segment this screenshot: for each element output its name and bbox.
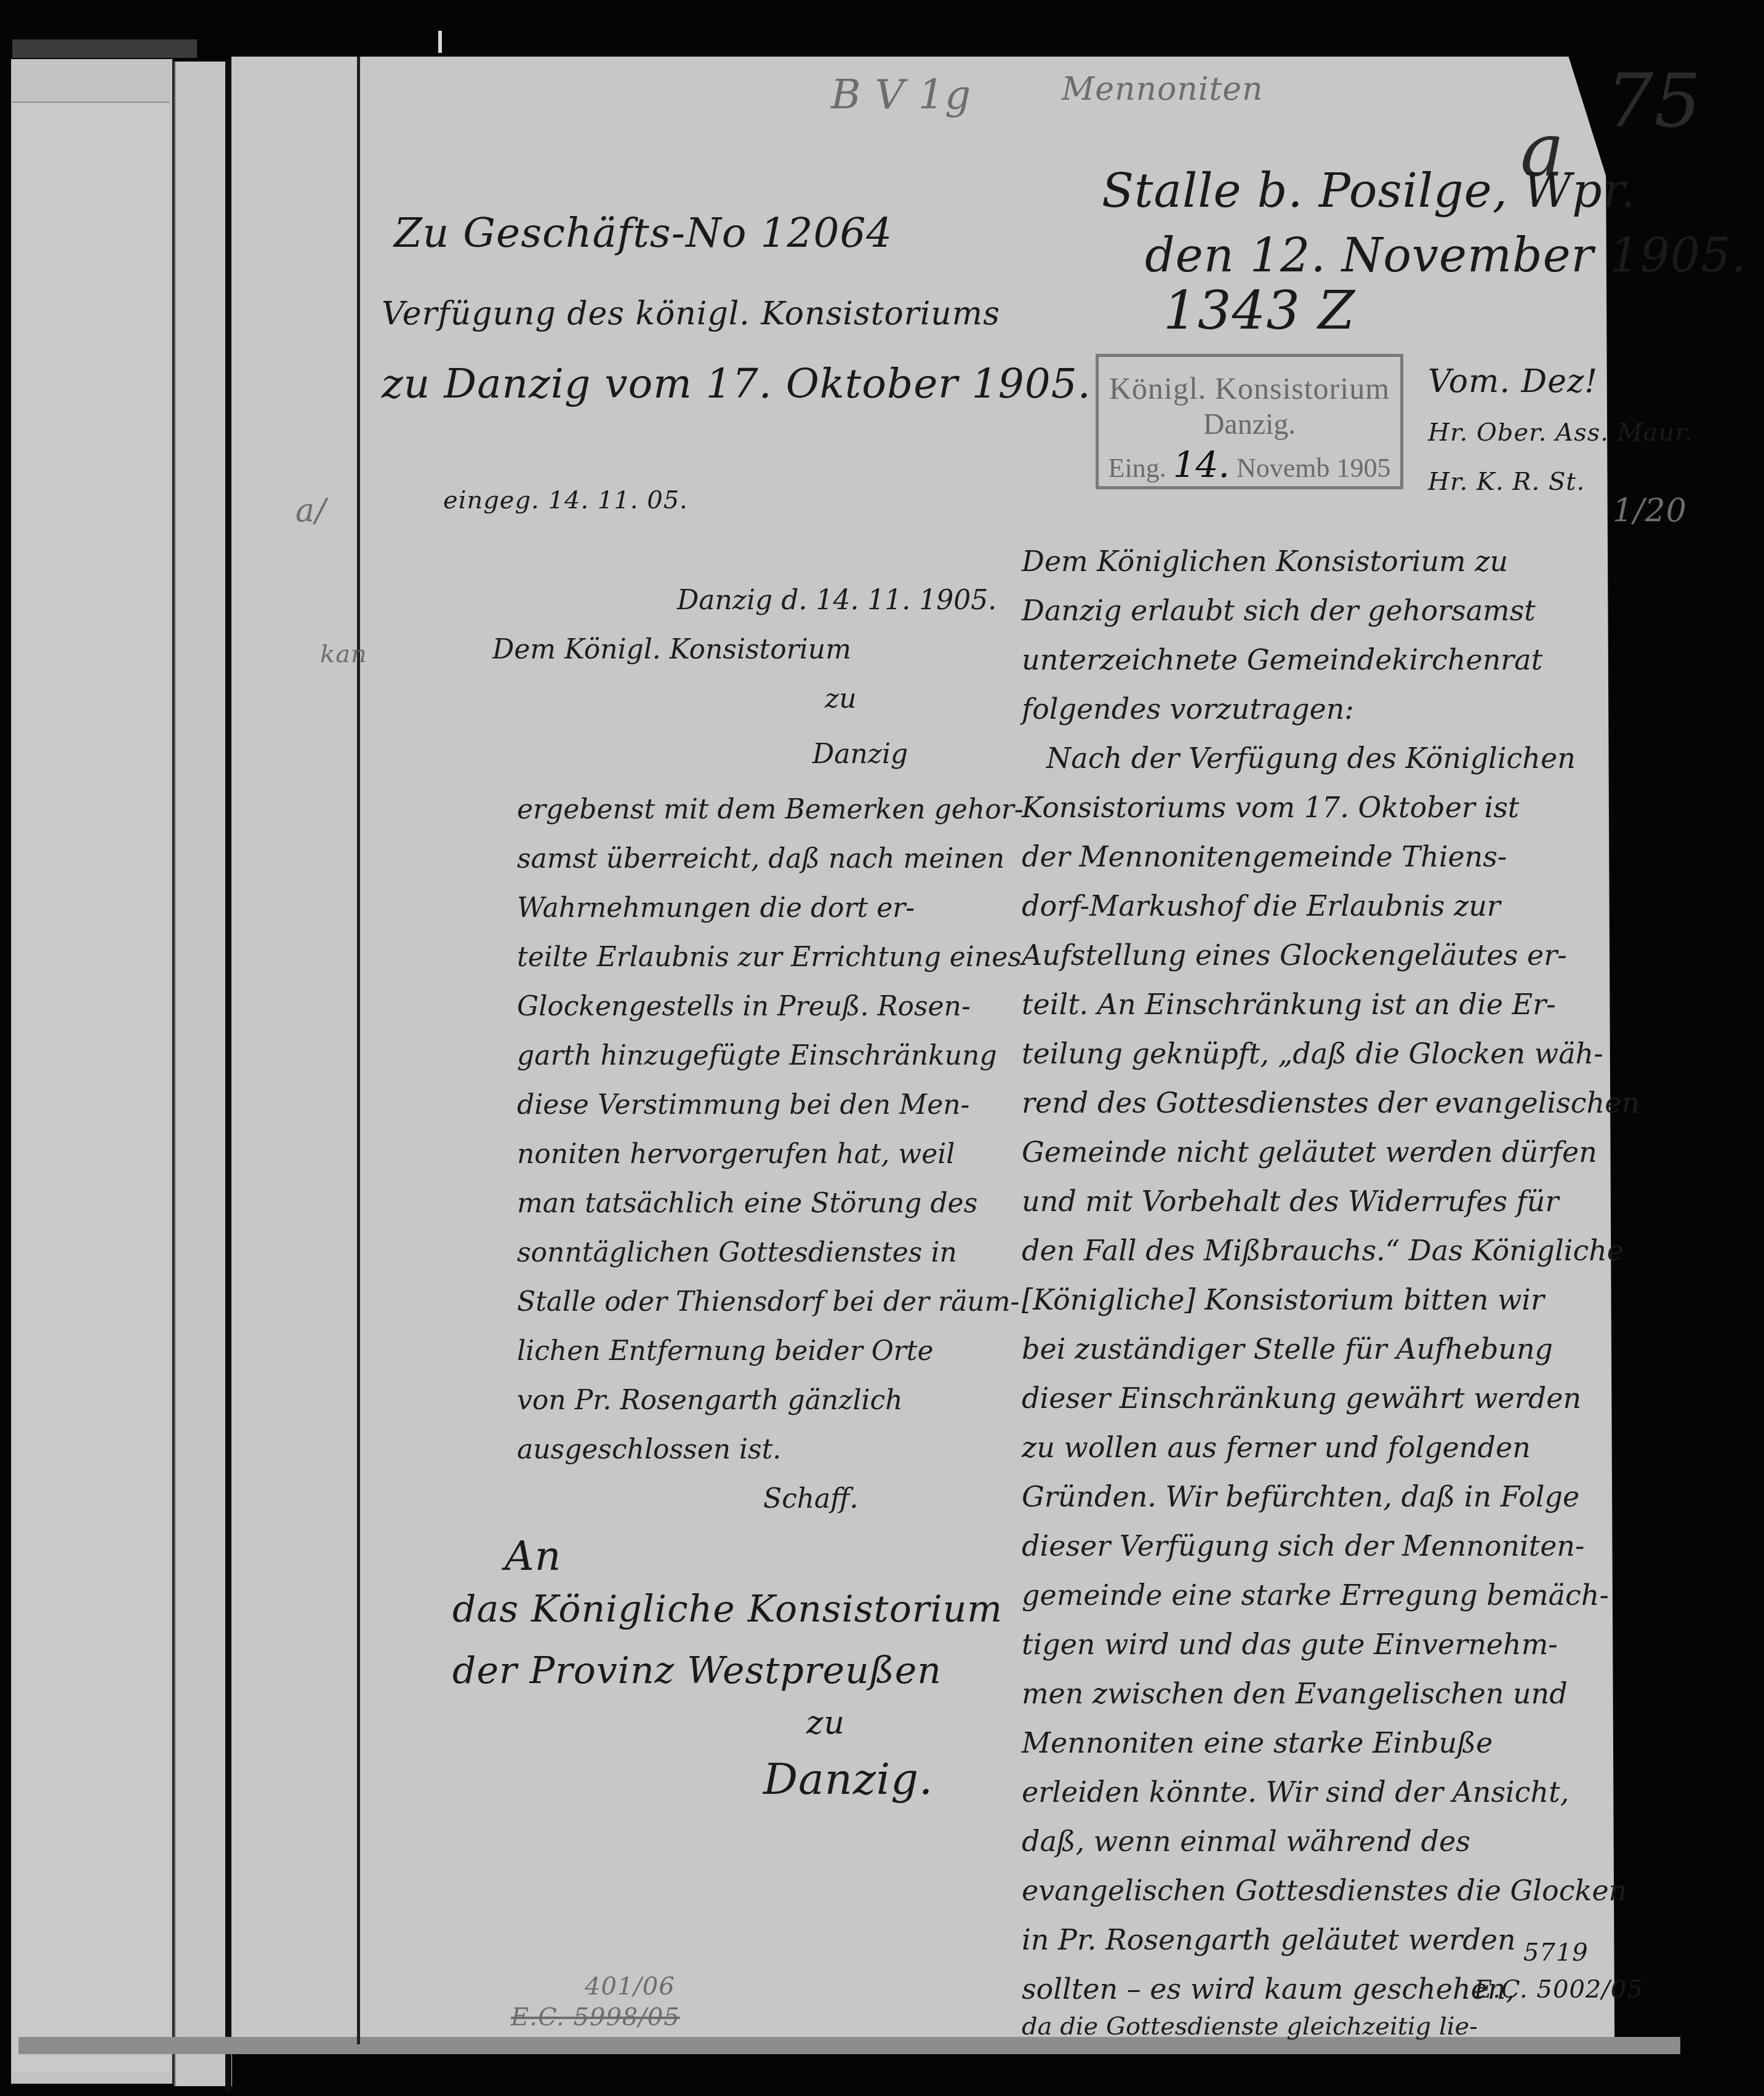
address-an: An — [505, 1532, 561, 1580]
routing-note: Hr. K. R. St. — [1428, 468, 1585, 496]
petition-line: tigen wird und das gute Einvernehm- — [1022, 1628, 1558, 1661]
binding-gutter — [225, 60, 231, 2091]
petition-line: sollten – es wird kaum geschehen, — [1022, 1972, 1515, 2006]
folio-number: 75 — [1606, 58, 1702, 144]
routing-note: Vom. Dez! — [1428, 363, 1598, 400]
reply-line: Stalle oder Thiensdorf bei der räum- — [517, 1286, 1019, 1318]
petition-line: Mennoniten eine starke Einbuße — [1022, 1726, 1493, 1759]
petition-line: folgendes vorzutragen: — [1022, 692, 1354, 726]
reply-dateline: Danzig d. 14. 11. 1905. — [677, 585, 996, 616]
address-line: der Provinz Westpreußen — [452, 1649, 942, 1692]
scan-calibration-mark — [438, 31, 442, 53]
address-city: Danzig. — [763, 1754, 933, 1804]
business-number-line: Zu Geschäfts-No 12064 — [394, 209, 892, 257]
routing-note: Hr. Ober. Ass. Maur. — [1428, 418, 1693, 447]
petition-line: Gründen. Wir befürchten, daß in Folge — [1022, 1480, 1579, 1513]
reply-line: Dem Königl. Konsistorium — [492, 634, 851, 665]
scan-shadow — [12, 39, 197, 58]
reply-line: ausgeschlossen ist. — [517, 1434, 781, 1465]
date-line: den 12. November 1905. — [1145, 228, 1747, 282]
reply-line: Glockengestells in Preuß. Rosen- — [517, 991, 971, 1022]
archive-signature: B V 1g — [831, 71, 971, 118]
reply-line: samst überreicht, daß nach meinen — [517, 843, 1004, 874]
received-note: eingeg. 14. 11. 05. — [443, 486, 688, 514]
reply-line: man tatsächlich eine Störung des — [517, 1188, 977, 1219]
reply-line: zu — [825, 683, 857, 714]
petition-line: der Mennonitengemeinde Thiens- — [1022, 840, 1507, 873]
petition-line: Aufstellung eines Glockengeläutes er- — [1022, 938, 1567, 972]
petition-line: men zwischen den Evangelischen und — [1022, 1677, 1568, 1710]
petition-line: [Königliche] Konsistorium bitten wir — [1022, 1283, 1544, 1316]
address-line: das Königliche Konsistorium — [452, 1588, 1003, 1631]
petition-line: dorf-Markushof die Erlaubnis zur — [1022, 889, 1501, 922]
reply-line: garth hinzugefügte Einschränkung — [517, 1040, 997, 1071]
reply-line: lichen Entfernung beider Orte — [517, 1335, 933, 1367]
petition-line: in Pr. Rosengarth geläutet werden — [1022, 1923, 1516, 1956]
reply-line: Danzig — [812, 738, 908, 770]
petition-line: teilung geknüpft, „daß die Glocken wäh- — [1022, 1037, 1603, 1070]
petition-line: bei zuständiger Stelle für Aufhebung — [1022, 1332, 1553, 1366]
reply-line: ergebenst mit dem Bemerken gehor- — [517, 794, 1024, 825]
order-date-line: zu Danzig vom 17. Oktober 1905. — [382, 360, 1091, 407]
petition-line: Konsistoriums vom 17. Oktober ist — [1022, 791, 1519, 824]
order-reference-line: Verfügung des königl. Konsistoriums — [382, 295, 1000, 332]
reply-line: teilte Erlaubnis zur Errichtung eines — [517, 942, 1022, 973]
stamp-day: 14. — [1173, 444, 1230, 486]
folded-inner-flap — [12, 102, 169, 2072]
petition-line: unterzeichnete Gemeindekirchenrat — [1022, 643, 1542, 676]
receipt-stamp: Königl. Konsistorium Danzig. Eing. 14. N… — [1096, 354, 1403, 489]
petition-line: den Fall des Mißbrauchs.“ Das Königliche — [1022, 1234, 1624, 1267]
petition-line: evangelischen Gottesdienstes die Glocken — [1022, 1874, 1627, 1907]
stamp-authority: Königl. Konsistorium — [1099, 370, 1400, 406]
petition-line: teilt. An Einschränkung ist an die Er- — [1022, 988, 1556, 1021]
stamp-received-date: Eing. 14. Novemb 1905 — [1099, 444, 1400, 486]
registration-number: 1343 Z — [1163, 280, 1355, 342]
petition-line: Nach der Verfügung des Königlichen — [1046, 742, 1576, 775]
petition-line: zu wollen aus ferner und folgenden — [1022, 1431, 1531, 1464]
archive-number: 401/06 — [585, 1972, 675, 2001]
margin-pencil-note: kan — [320, 640, 367, 668]
subject-note: Mennoniten — [1062, 71, 1264, 108]
stamp-eing-label: Eing. — [1109, 453, 1166, 483]
margin-pencil-note: a/ — [295, 492, 327, 529]
petition-line: dieser Verfügung sich der Mennoniten- — [1022, 1529, 1585, 1562]
petition-line: erleiden könnte. Wir sind der Ansicht, — [1022, 1775, 1569, 1809]
petition-line: gemeinde eine starke Erregung bemäch- — [1022, 1578, 1609, 1612]
reply-line: Wahrnehmungen die dort er- — [517, 892, 915, 924]
reply-line: diese Verstimmung bei den Men- — [517, 1089, 969, 1121]
petition-line: daß, wenn einmal während des — [1022, 1825, 1470, 1858]
journal-number: 5719 — [1523, 1938, 1589, 1967]
petition-line: Dem Königlichen Konsistorium zu — [1022, 545, 1508, 578]
journal-number-struck: E.C. 5002/05 — [1474, 1975, 1643, 2004]
stamp-city: Danzig. — [1099, 407, 1400, 441]
margin-fold-line — [357, 57, 360, 2044]
petition-line: Gemeinde nicht geläutet werden dürfen — [1022, 1135, 1597, 1169]
reply-signature: Schaff. — [763, 1483, 859, 1514]
stamp-month-year: Novemb 1905 — [1237, 453, 1391, 483]
petition-line: da die Gottesdienste gleichzeitig lie- — [1022, 2012, 1478, 2041]
petition-line: und mit Vorbehalt des Widerrufes für — [1022, 1185, 1558, 1218]
petition-line: dieser Einschränkung gewährt werden — [1022, 1382, 1581, 1415]
petition-line: rend des Gottesdienstes der evangelische… — [1022, 1086, 1640, 1119]
address-zu: zu — [806, 1705, 845, 1742]
reply-line: von Pr. Rosengarth gänzlich — [517, 1385, 903, 1416]
archive-number-struck: E.C. 5998/05 — [511, 2003, 680, 2031]
petition-line: Danzig erlaubt sich der gehorsamst — [1022, 594, 1536, 627]
pencil-fraction: 1/20 — [1613, 492, 1687, 529]
reply-line: sonntäglichen Gottesdienstes in — [517, 1237, 957, 1268]
reply-line: noniten hervorgerufen hat, weil — [517, 1138, 955, 1170]
place-line: Stalle b. Posilge, Wpr. — [1102, 163, 1636, 218]
binding-strip — [174, 62, 232, 2086]
